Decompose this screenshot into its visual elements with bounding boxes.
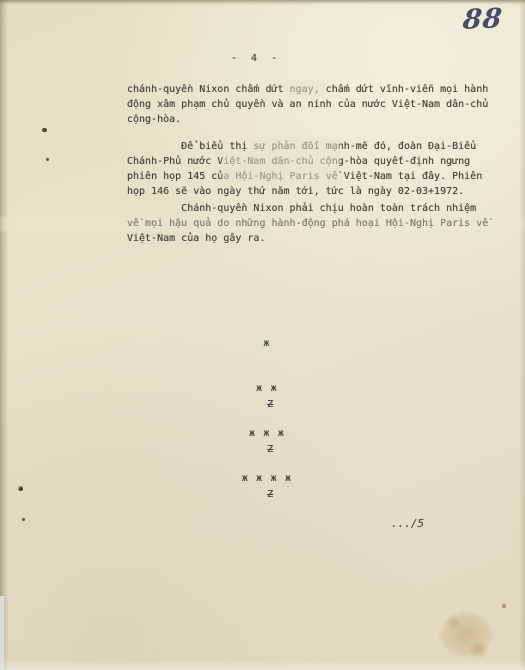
- ink-speck: [42, 128, 47, 132]
- paper-sheet: 88 - 4 - chánh-quyền Nixon chấm dứt ngay…: [0, 0, 525, 670]
- continuation-marker: .../5: [391, 516, 424, 531]
- handwritten-page-number: 88: [461, 3, 504, 36]
- scanned-document-page: { "page": { "handwritten_number": "88", …: [0, 0, 525, 670]
- ink-speck: [18, 486, 23, 491]
- paragraph-1: chánh-quyền Nixon chấm dứt ngay, chấm dứ…: [127, 82, 488, 127]
- page-number-header: - 4 -: [231, 51, 281, 66]
- ink-speck: [502, 604, 506, 608]
- paragraph-3: Chánh-quyền Nixon phải chịu hoàn toàn tr…: [127, 201, 488, 246]
- stem-glyph: Z: [200, 397, 340, 412]
- page-right-edge-shadow: [519, 0, 525, 670]
- page-left-edge-shadow: [0, 0, 9, 670]
- ornament-stem: Z Z Z: [200, 367, 340, 532]
- stem-glyph: Z: [200, 442, 340, 457]
- ink-speck: [22, 518, 25, 521]
- ink-speck: [46, 158, 49, 161]
- page-top-edge-shadow: [0, 0, 525, 5]
- stem-glyph: Z: [200, 487, 340, 502]
- scan-corner-strip: [0, 596, 4, 670]
- paragraph-2: Để biểu thị sự phản đối mạnh-mẽ đó, đoàn…: [127, 139, 482, 199]
- paper-stain: [432, 608, 494, 666]
- star-row-1: ж: [197, 336, 337, 351]
